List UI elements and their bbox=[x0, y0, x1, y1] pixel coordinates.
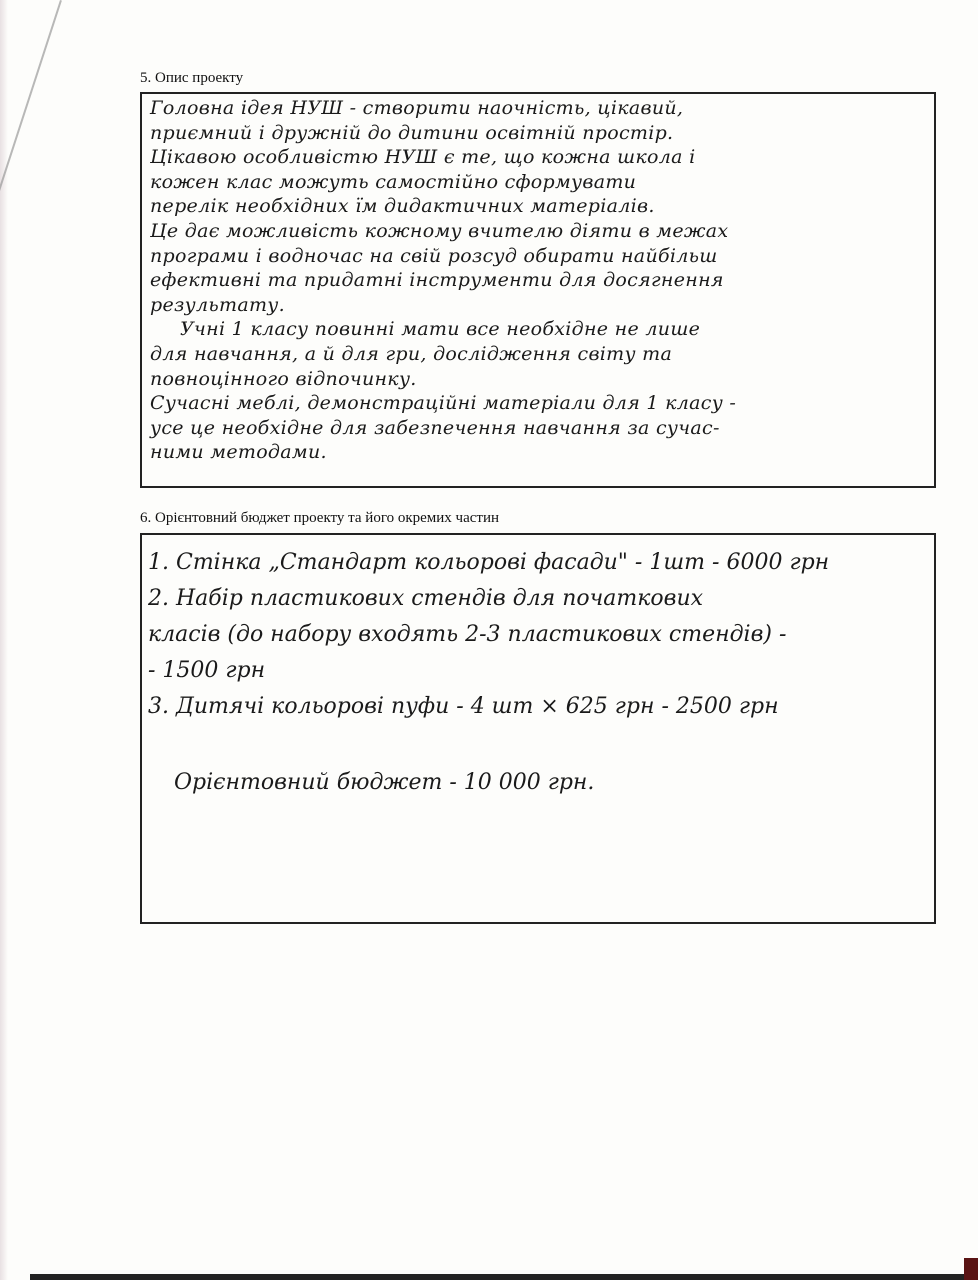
description-line: повноцінного відпочинку. bbox=[150, 367, 926, 392]
description-line: програми і водночас на свій розсуд обира… bbox=[150, 244, 926, 269]
paper-fold-line bbox=[0, 0, 62, 210]
description-line: Головна ідея НУШ - створити наочність, ц… bbox=[150, 96, 926, 121]
page-shadow bbox=[0, 0, 8, 1280]
description-line: результату. bbox=[150, 293, 926, 318]
description-line: Сучасні меблі, демонстраційні матеріали … bbox=[150, 391, 926, 416]
description-line: Цікавою особливістю НУШ є те, що кожна ш… bbox=[150, 145, 926, 170]
budget-box: 1. Стінка „Стандарт кольорові фасади" - … bbox=[140, 533, 936, 924]
description-line: кожен клас можуть самостійно сформувати bbox=[150, 170, 926, 195]
budget-item: класів (до набору входять 2-3 пластикови… bbox=[148, 617, 928, 653]
section-5-title: 5. Опис проекту bbox=[140, 70, 243, 87]
description-line: приємний і дружній до дитини освітній пр… bbox=[150, 121, 926, 146]
description-line: ними методами. bbox=[150, 440, 926, 465]
description-line: для навчання, а й для гри, дослідження с… bbox=[150, 342, 926, 367]
budget-item: 1. Стінка „Стандарт кольорові фасади" - … bbox=[148, 545, 928, 581]
section-6-title: 6. Орієнтовний бюджет проекту та його ок… bbox=[140, 510, 499, 527]
description-line: перелік необхідних їм дидактичних матері… bbox=[150, 194, 926, 219]
description-line: Учні 1 класу повинні мати все необхідне … bbox=[150, 317, 926, 342]
description-line: ефективні та придатні інструменти для до… bbox=[150, 268, 926, 293]
budget-item: 3. Дитячі кольорові пуфи - 4 шт × 625 гр… bbox=[148, 689, 928, 725]
description-line: Це дає можливість кожному вчителю діяти … bbox=[150, 219, 926, 244]
description-line: усе це необхідне для забезпечення навчан… bbox=[150, 416, 926, 441]
project-description-box: Головна ідея НУШ - створити наочність, ц… bbox=[140, 92, 936, 488]
budget-total: Орієнтовний бюджет - 10 000 грн. bbox=[148, 765, 928, 801]
budget-item: 2. Набір пластикових стендів для початко… bbox=[148, 581, 928, 617]
page-corner bbox=[964, 1258, 978, 1280]
page-bottom-edge bbox=[30, 1274, 978, 1280]
budget-item: - 1500 грн bbox=[148, 653, 928, 689]
